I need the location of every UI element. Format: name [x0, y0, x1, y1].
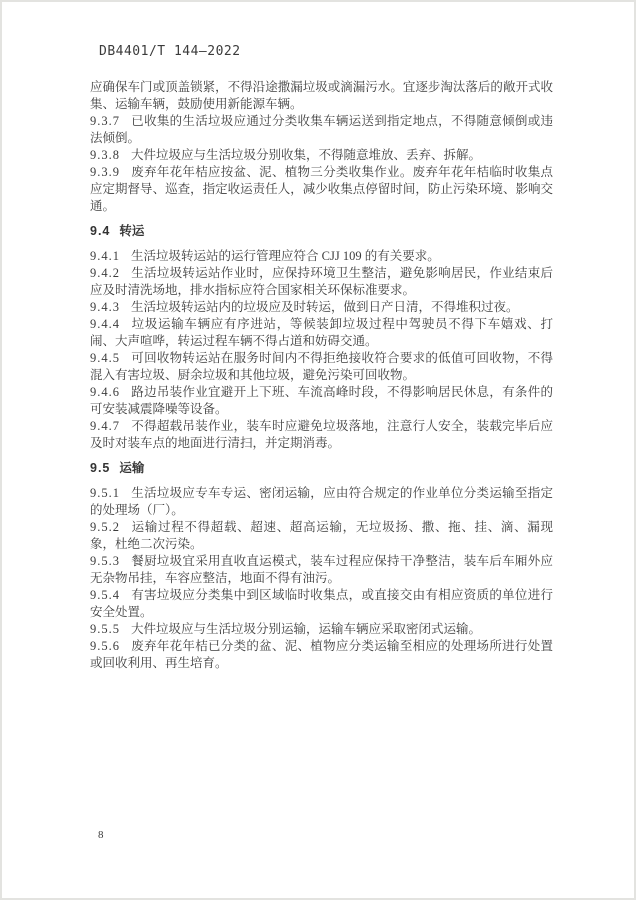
- clause: 9.4.2生活垃圾转运站作业时，应保持环境卫生整洁，避免影响居民，作业结束后应及…: [90, 265, 553, 299]
- clause-number: 9.5.1: [90, 485, 120, 502]
- clause-text: 生活垃圾应专车专运、密闭运输，应由符合规定的作业单位分类运输至指定的处理场（厂）…: [90, 486, 553, 517]
- paragraph: 应确保车门或顶盖锁紧，不得沿途撒漏垃圾或滴漏污水。宜逐步淘汰落后的敞开式收集、运…: [90, 79, 553, 113]
- clause-text: 生活垃圾转运站的运行管理应符合 CJJ 109 的有关要求。: [131, 249, 440, 263]
- clause-text: 可回收物转运站在服务时间内不得拒绝接收符合要求的低值可回收物，不得混入有害垃圾、…: [90, 351, 553, 382]
- clause: 9.4.3生活垃圾转运站内的垃圾应及时转运，做到日产日清，不得堆积过夜。: [90, 299, 553, 316]
- clause: 9.4.1生活垃圾转运站的运行管理应符合 CJJ 109 的有关要求。: [90, 248, 553, 265]
- section-heading: 9.4转运: [90, 223, 553, 240]
- section-heading-title: 运输: [119, 461, 144, 475]
- clause: 9.4.5可回收物转运站在服务时间内不得拒绝接收符合要求的低值可回收物，不得混入…: [90, 350, 553, 384]
- clause-number: 9.3.7: [90, 113, 120, 130]
- clause: 9.5.6废弃年花年桔已分类的盆、泥、植物应分类运输至相应的处理场所进行处置或回…: [90, 638, 553, 672]
- document-body: 应确保车门或顶盖锁紧，不得沿途撒漏垃圾或滴漏污水。宜逐步淘汰落后的敞开式收集、运…: [90, 79, 553, 672]
- clause-number: 9.5.2: [90, 519, 120, 536]
- clause-number: 9.4: [90, 223, 110, 240]
- section-heading: 9.5运输: [90, 460, 553, 477]
- clause-number: 9.5.5: [90, 621, 120, 638]
- clause-number: 9.5.6: [90, 638, 120, 655]
- clause: 9.4.6路边吊装作业宜避开上下班、车流高峰时段，不得影响居民休息，有条件的可安…: [90, 384, 553, 418]
- clause-text: 大件垃圾应与生活垃圾分别收集，不得随意堆放、丢弃、拆解。: [131, 148, 481, 162]
- clause-number: 9.4.6: [90, 384, 120, 401]
- clause-text: 已收集的生活垃圾应通过分类收集车辆运送到指定地点，不得随意倾倒或违法倾倒。: [90, 114, 553, 145]
- clause: 9.5.5大件垃圾应与生活垃圾分别运输，运输车辆应采取密闭式运输。: [90, 621, 553, 638]
- clause-number: 9.3.8: [90, 147, 120, 164]
- clause-text: 生活垃圾转运站作业时，应保持环境卫生整洁，避免影响居民，作业结束后应及时清洗场地…: [90, 266, 553, 297]
- page-number: 8: [98, 829, 104, 841]
- clause-number: 9.4.1: [90, 248, 120, 265]
- clause-number: 9.4.3: [90, 299, 120, 316]
- clause: 9.5.3餐厨垃圾宜采用直收直运模式，装车过程应保持干净整洁，装车后车厢外应无杂…: [90, 553, 553, 587]
- clause-number: 9.5: [90, 460, 110, 477]
- document-page: DB4401/T 144—2022 应确保车门或顶盖锁紧，不得沿途撒漏垃圾或滴漏…: [0, 0, 636, 900]
- clause-text: 垃圾运输车辆应有序进站，等候装卸垃圾过程中驾驶员不得下车嬉戏、打闹、大声喧哗，转…: [90, 317, 553, 348]
- clause: 9.5.2运输过程不得超载、超速、超高运输，无垃圾扬、撒、拖、挂、滴、漏现象，杜…: [90, 519, 553, 553]
- clause-text: 路边吊装作业宜避开上下班、车流高峰时段，不得影响居民休息，有条件的可安装减震降噪…: [90, 385, 553, 416]
- clause-text: 生活垃圾转运站内的垃圾应及时转运，做到日产日清，不得堆积过夜。: [131, 300, 519, 314]
- clause-number: 9.4.5: [90, 350, 120, 367]
- clause-text: 不得超载吊装作业，装车时应避免垃圾落地，注意行人安全，装载完毕后应及时对装车点的…: [90, 419, 553, 450]
- clause-number: 9.4.4: [90, 316, 120, 333]
- standard-code-header: DB4401/T 144—2022: [99, 44, 241, 59]
- clause-text: 运输过程不得超载、超速、超高运输，无垃圾扬、撒、拖、挂、滴、漏现象，杜绝二次污染…: [90, 520, 553, 551]
- clause-text: 大件垃圾应与生活垃圾分别运输，运输车辆应采取密闭式运输。: [131, 622, 481, 636]
- clause-number: 9.4.2: [90, 265, 120, 282]
- clause-text: 有害垃圾应分类集中到区域临时收集点，或直接交由有相应资质的单位进行安全处置。: [90, 588, 553, 619]
- section-heading-title: 转运: [119, 224, 144, 238]
- clause-number: 9.5.3: [90, 553, 120, 570]
- clause: 9.5.1生活垃圾应专车专运、密闭运输，应由符合规定的作业单位分类运输至指定的处…: [90, 485, 553, 519]
- clause: 9.4.7不得超载吊装作业，装车时应避免垃圾落地，注意行人安全，装载完毕后应及时…: [90, 418, 553, 452]
- clause: 9.3.9废弃年花年桔应按盆、泥、植物三分类收集作业。废弃年花年桔临时收集点应定…: [90, 164, 553, 215]
- clause: 9.5.4有害垃圾应分类集中到区域临时收集点，或直接交由有相应资质的单位进行安全…: [90, 587, 553, 621]
- clause-text: 餐厨垃圾宜采用直收直运模式，装车过程应保持干净整洁，装车后车厢外应无杂物吊挂，车…: [90, 554, 553, 585]
- clause-number: 9.4.7: [90, 418, 120, 435]
- clause-text: 应确保车门或顶盖锁紧，不得沿途撒漏垃圾或滴漏污水。宜逐步淘汰落后的敞开式收集、运…: [90, 80, 553, 111]
- clause-text: 废弃年花年桔应按盆、泥、植物三分类收集作业。废弃年花年桔临时收集点应定期督导、巡…: [90, 165, 553, 213]
- clause: 9.3.7已收集的生活垃圾应通过分类收集车辆运送到指定地点，不得随意倾倒或违法倾…: [90, 113, 553, 147]
- clause: 9.3.8大件垃圾应与生活垃圾分别收集，不得随意堆放、丢弃、拆解。: [90, 147, 553, 164]
- clause: 9.4.4垃圾运输车辆应有序进站，等候装卸垃圾过程中驾驶员不得下车嬉戏、打闹、大…: [90, 316, 553, 350]
- clause-number: 9.5.4: [90, 587, 120, 604]
- clause-number: 9.3.9: [90, 164, 120, 181]
- clause-text: 废弃年花年桔已分类的盆、泥、植物应分类运输至相应的处理场所进行处置或回收利用、再…: [90, 639, 553, 670]
